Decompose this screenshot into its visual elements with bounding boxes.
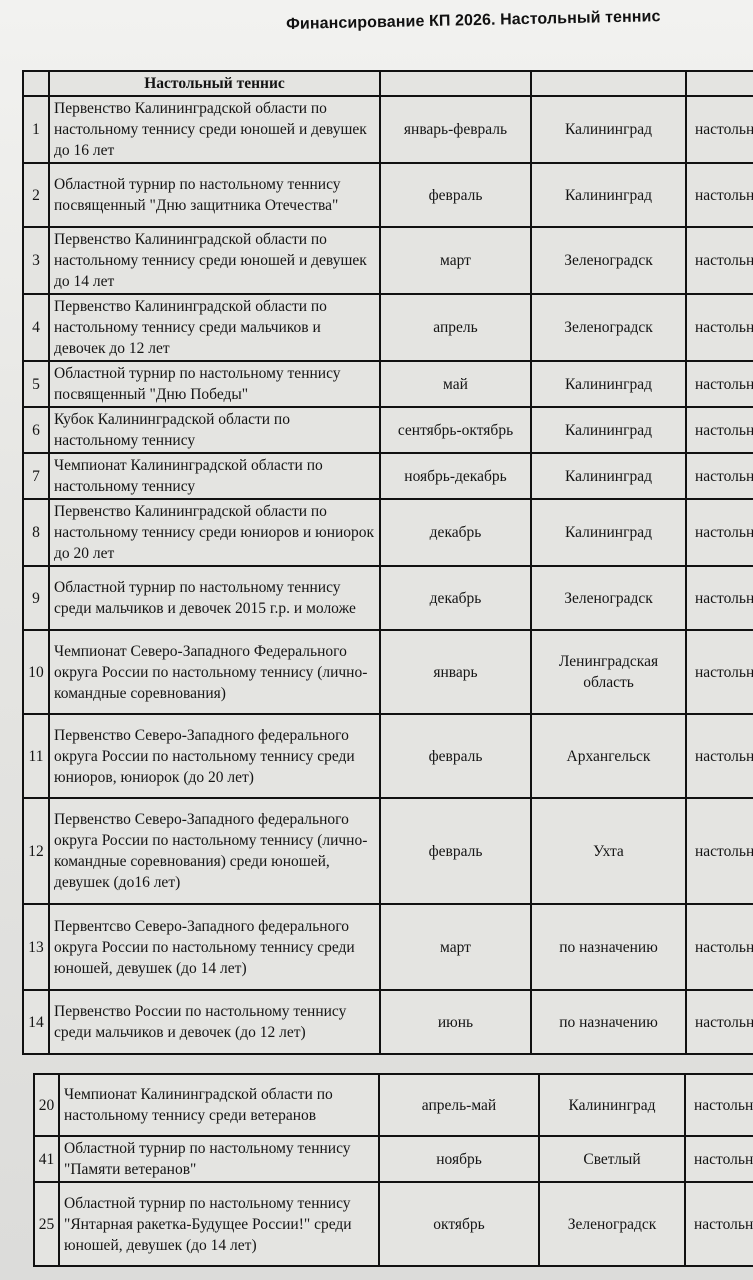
row-number: 7 [23,453,49,499]
events-table: Настольный теннис 1Первенство Калинингра… [22,70,753,1055]
event-discipline: настольный [685,1136,753,1182]
event-discipline: настольный [686,163,753,227]
event-place: Архангельск [531,714,686,798]
table-row: 10Чемпионат Северо-Западного Федеральног… [23,630,753,714]
event-discipline: настольный [686,407,753,453]
event-name: Первенство Калининградской области по на… [49,227,380,294]
table-row: 6Кубок Калининградской области по настол… [23,407,753,453]
event-dates: январь [380,630,531,714]
row-number: 2 [23,163,49,227]
event-name: Первенство Северо-Западного федерального… [49,798,380,904]
event-name: Областной турнир по настольному теннису … [59,1182,379,1266]
document-title: Финансирование КП 2026. Настольный тенни… [286,8,661,34]
table-row: 9Областной турнир по настольному теннису… [23,566,753,630]
event-discipline: настольный [686,361,753,407]
header-place-cell [531,71,686,96]
event-place: Калининград [539,1074,685,1136]
event-place: Калининград [531,499,686,566]
event-discipline: настольный [686,798,753,904]
table-row: 14Первенство России по настольному тенни… [23,990,753,1054]
event-dates: октябрь [379,1182,539,1266]
event-place: Калининград [531,96,686,163]
event-discipline: настольный [686,714,753,798]
event-place: Калининград [531,163,686,227]
row-number: 1 [23,96,49,163]
extra-events-table: 20Чемпионат Калининградской области по н… [33,1073,753,1267]
event-discipline: настольный [686,96,753,163]
event-place: Ухта [531,798,686,904]
event-place: по назначению [531,904,686,990]
event-name: Чемпионат Калининградской области по нас… [49,453,380,499]
event-dates: июнь [380,990,531,1054]
event-dates: ноябрь [379,1136,539,1182]
table-row: 12Первенство Северо-Западного федерально… [23,798,753,904]
event-place: Зеленоградск [531,294,686,361]
event-dates: сентябрь-октябрь [380,407,531,453]
event-place: Светлый [539,1136,685,1182]
row-number: 4 [23,294,49,361]
table-row: 4Первенство Калининградской области по н… [23,294,753,361]
event-name: Чемпионат Северо-Западного Федерального … [49,630,380,714]
table-row: 41Областной турнир по настольному теннис… [34,1136,753,1182]
event-place: Зеленоградск [531,227,686,294]
row-number: 3 [23,227,49,294]
table-row: 20Чемпионат Калининградской области по н… [34,1074,753,1136]
row-number: 6 [23,407,49,453]
event-dates: апрель [380,294,531,361]
event-place: по назначению [531,990,686,1054]
event-dates: декабрь [380,499,531,566]
table-row: 11Первенство Северо-Западного федерально… [23,714,753,798]
event-name: Областной турнир по настольному теннису … [49,566,380,630]
event-discipline: настольный [686,630,753,714]
event-dates: январь-февраль [380,96,531,163]
event-name: Первенство Калининградской области по на… [49,96,380,163]
table-row: 7Чемпионат Калининградской области по на… [23,453,753,499]
event-name: Первенство Северо-Западного федерального… [49,714,380,798]
event-dates: февраль [380,798,531,904]
section-header: Настольный теннис [49,71,380,96]
event-dates: март [380,227,531,294]
row-number: 25 [34,1182,59,1266]
table-row: 5Областной турнир по настольному теннису… [23,361,753,407]
event-dates: февраль [380,714,531,798]
row-number: 12 [23,798,49,904]
event-name: Кубок Калининградской области по настоль… [49,407,380,453]
row-number: 41 [34,1136,59,1182]
event-place: Зеленоградск [539,1182,685,1266]
event-name: Областной турнир по настольному теннису … [59,1136,379,1182]
event-name: Областной турнир по настольному теннису … [49,361,380,407]
row-number: 11 [23,714,49,798]
row-number: 14 [23,990,49,1054]
event-name: Первенство Калининградской области по на… [49,294,380,361]
row-number: 8 [23,499,49,566]
event-dates: декабрь [380,566,531,630]
row-number: 13 [23,904,49,990]
event-place: Ленинградская область [531,630,686,714]
table-row: 2Областной турнир по настольному теннису… [23,163,753,227]
event-name: Чемпионат Калининградской области по нас… [59,1074,379,1136]
row-number: 10 [23,630,49,714]
event-dates: май [380,361,531,407]
event-discipline: настольный [686,566,753,630]
table-row: 3Первенство Калининградской области по н… [23,227,753,294]
event-place: Калининград [531,407,686,453]
event-place: Зеленоградск [531,566,686,630]
event-discipline: настольный [686,904,753,990]
event-discipline: настольный [686,294,753,361]
row-number: 5 [23,361,49,407]
event-dates: февраль [380,163,531,227]
header-dates-cell [380,71,531,96]
event-discipline: настольный [685,1182,753,1266]
event-discipline: настольный [686,990,753,1054]
event-dates: ноябрь-декабрь [380,453,531,499]
event-dates: март [380,904,531,990]
table-row: 25Областной турнир по настольному теннис… [34,1182,753,1266]
row-number: 20 [34,1074,59,1136]
event-name: Областной турнир по настольному теннису … [49,163,380,227]
event-discipline: настольный [685,1074,753,1136]
row-number: 9 [23,566,49,630]
event-name: Первенство Калининградской области по на… [49,499,380,566]
table-row: 8Первенство Калининградской области по н… [23,499,753,566]
event-place: Калининград [531,453,686,499]
table-header-row: Настольный теннис [23,71,753,96]
event-name: Первенство России по настольному теннису… [49,990,380,1054]
event-discipline: настольный [686,227,753,294]
header-num-cell [23,71,49,96]
event-place: Калининград [531,361,686,407]
event-discipline: настольный [686,453,753,499]
table-row: 13Первентсво Северо-Западного федерально… [23,904,753,990]
table-row: 1Первенство Калининградской области по н… [23,96,753,163]
event-name: Первентсво Северо-Западного федерального… [49,904,380,990]
event-dates: апрель-май [379,1074,539,1136]
event-discipline: настольный [686,499,753,566]
header-discipline-cell [686,71,753,96]
